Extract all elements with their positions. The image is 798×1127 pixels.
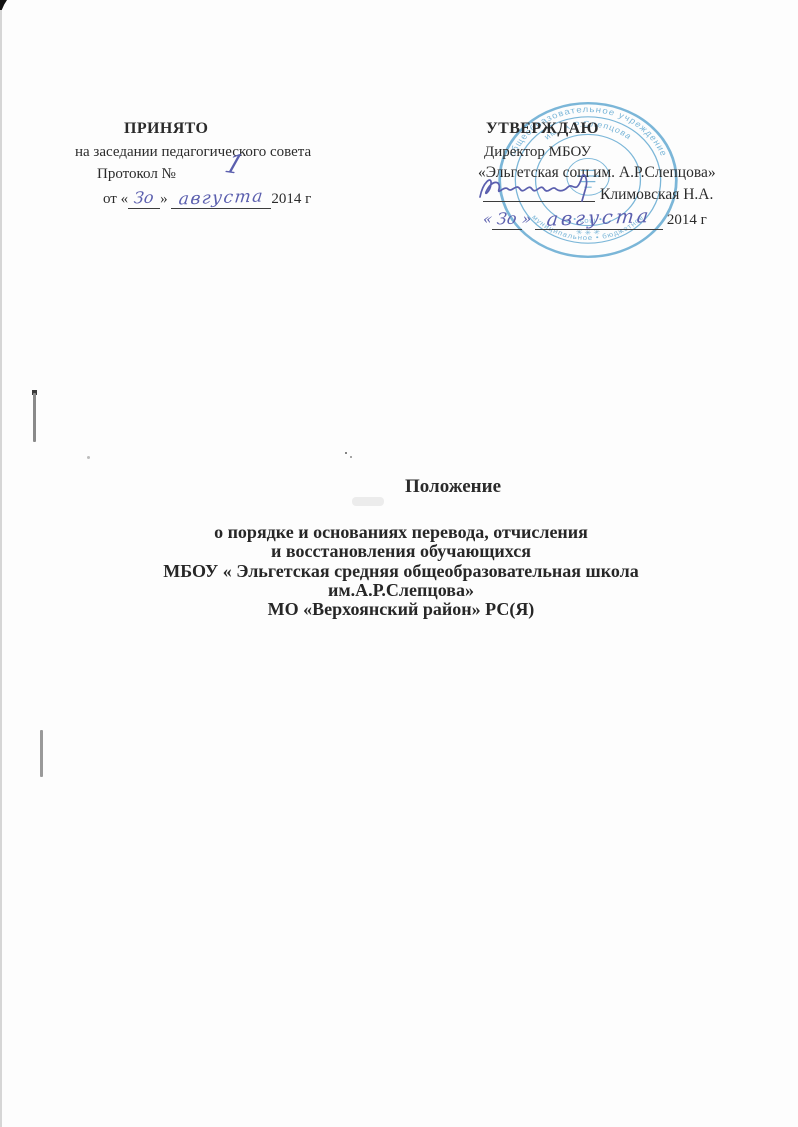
scan-corner-mark xyxy=(0,0,7,10)
scan-speck xyxy=(350,456,352,458)
date-month-handwriting: августа xyxy=(546,205,653,231)
scan-left-edge xyxy=(0,0,2,1127)
subtitle-line: о порядке и основаниях перевода, отчисле… xyxy=(95,523,707,542)
signatory-name: Климовская Н.А. xyxy=(600,186,713,204)
protocol-label: Протокол № xyxy=(97,166,176,183)
subtitle-line: МБОУ « Эльгетская средняя общеобразовате… xyxy=(95,562,707,581)
document-subtitle-block: о порядке и основаниях перевода, отчисле… xyxy=(95,523,707,619)
subtitle-line: МО «Верхоянский район» РС(Я) xyxy=(95,600,707,619)
subtitle-line: и восстановления обучающихся xyxy=(95,542,707,561)
quote-close: » xyxy=(521,210,532,228)
binding-mark-lower xyxy=(40,730,43,777)
document-title: Положение xyxy=(405,476,501,498)
accepted-date-line: от «Зо» августа2014 г xyxy=(103,188,311,209)
date-year: 2014 г xyxy=(271,191,311,207)
scan-speck xyxy=(87,456,90,459)
accepted-subtitle: на заседании педагогического совета xyxy=(75,144,311,161)
quote-open: « xyxy=(121,191,129,207)
approved-date-line: «Зо» августа 2014 г xyxy=(483,207,707,230)
date-day-handwriting: Зо xyxy=(133,188,155,208)
subtitle-line: им.А.Р.Слепцова» xyxy=(95,581,707,600)
scan-speck xyxy=(345,452,347,454)
quote-close: » xyxy=(160,191,168,207)
date-year: 2014 г xyxy=(667,212,707,228)
date-prefix: от xyxy=(103,191,117,207)
director-signature xyxy=(476,170,606,204)
accepted-title: ПРИНЯТО xyxy=(124,120,208,138)
quote-open: « xyxy=(482,210,493,228)
date-day-handwriting: Зо xyxy=(496,209,518,229)
scan-smudge xyxy=(352,497,384,506)
date-month-handwriting: августа xyxy=(178,187,265,210)
binding-mark-upper xyxy=(33,393,36,442)
approved-director-line: Директор МБОУ xyxy=(484,144,591,161)
approved-title: УТВЕРЖДАЮ xyxy=(486,120,599,138)
